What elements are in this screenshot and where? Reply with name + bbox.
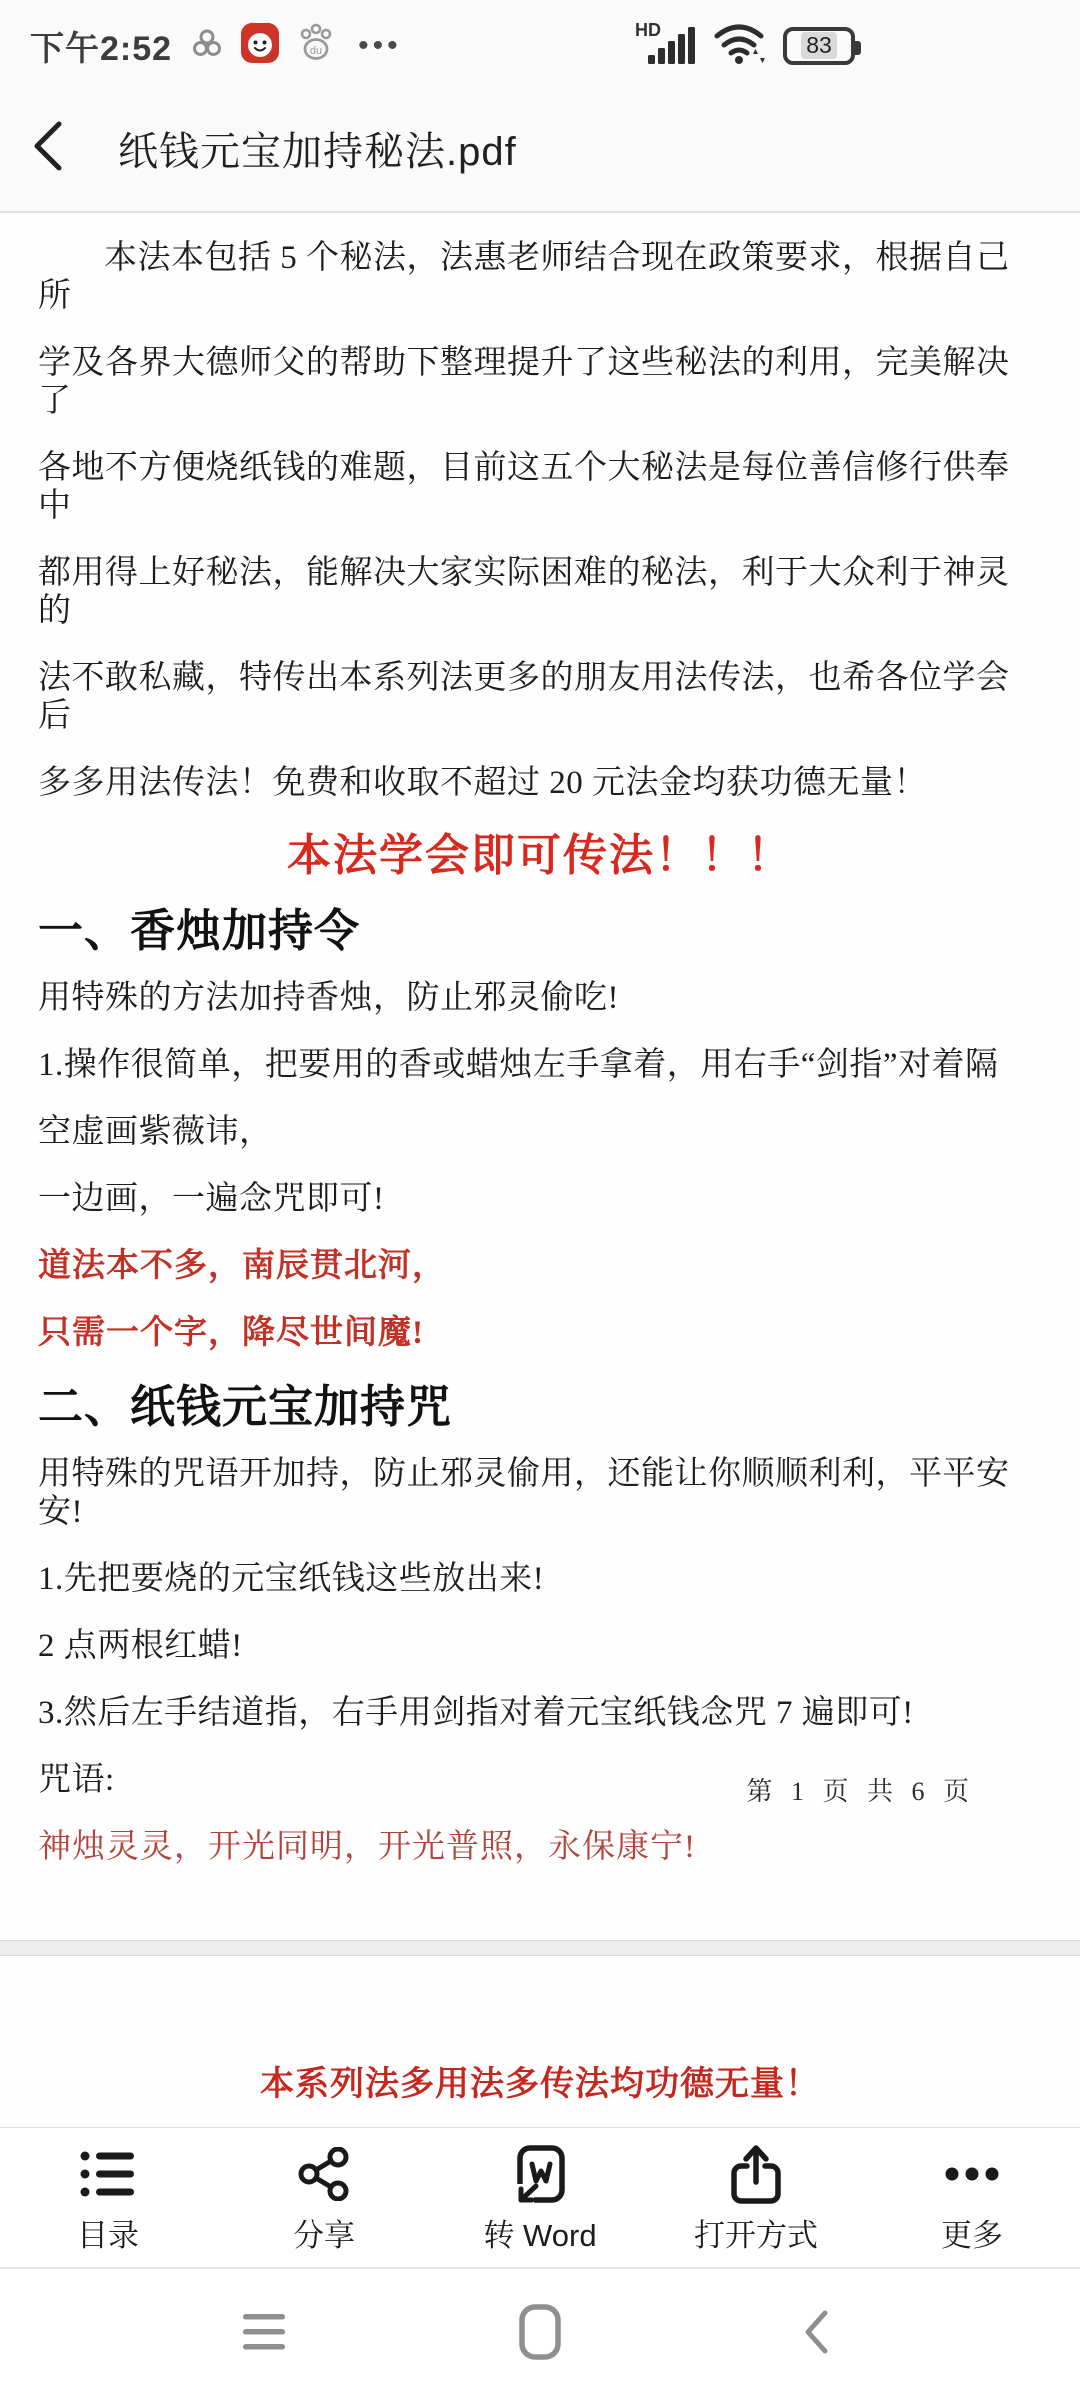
back-button[interactable] [30, 118, 90, 178]
doc-line: 2 点两根红蜡! [38, 1627, 1042, 1665]
doc-line: 一边画，一遍念咒即可! [38, 1180, 1042, 1218]
doc-line: 二、纸钱元宝加持咒 [38, 1381, 1042, 1433]
hd-label: HD [635, 20, 661, 40]
toc-list-icon [79, 2144, 137, 2204]
paw-icon: du [297, 22, 335, 69]
svg-text:du: du [310, 45, 322, 57]
status-bar: 下午2:52 du ••• HD [0, 0, 1080, 85]
doc-line: 用特殊的咒语开加持，防止邪灵偷用，还能让你顺顺利利，平平安安! [38, 1455, 1042, 1531]
toolbar-label: 转 Word [483, 2210, 596, 2255]
doc-line: 学及各界大德师父的帮助下整理提升了这些秘法的利用，完美解决了 [38, 344, 1042, 420]
doc-line: 一、香烛加持令 [38, 905, 1042, 957]
status-right-cluster: HD 83 [635, 19, 1050, 72]
battery-nub [855, 41, 861, 55]
page-gap-divider [0, 1940, 1080, 1956]
red-mascot-icon [238, 20, 282, 71]
doc-line: 3.然后左手结道指，右手用剑指对着元宝纸钱念咒 7 遍即可! [38, 1694, 1042, 1732]
doc-line: 空虚画紫薇讳， [38, 1113, 1042, 1151]
doc-line: 本法本包括 5 个秘法，法惠老师结合现在政策要求，根据自己所 [38, 239, 1042, 315]
page1-text-block: 本法本包括 5 个秘法，法惠老师结合现在政策要求，根据自己所学及各界大德师父的帮… [38, 239, 1042, 1866]
doc-line: 只需一个字，降尽世间魔! [38, 1314, 1042, 1352]
doc-line: 法不敢私藏，特传出本系列法更多的朋友用法传法，也希各位学会后 [38, 659, 1042, 735]
pdf-page-1: 本法本包括 5 个秘法，法惠老师结合现在政策要求，根据自己所学及各界大德师父的帮… [0, 213, 1080, 1940]
doc-line: 1.先把要烧的元宝纸钱这些放出来! [38, 1560, 1042, 1598]
recents-icon [241, 2311, 287, 2358]
home-icon [518, 2303, 562, 2366]
share-icon [298, 2144, 350, 2204]
toolbar-label: 目录 [77, 2210, 139, 2255]
status-left-cluster: 下午2:52 du ••• [30, 20, 402, 71]
app-header: 纸钱元宝加持秘法.pdf [0, 85, 1080, 213]
nav-home-button[interactable] [510, 2305, 570, 2365]
toolbar-label: 打开方式 [694, 2210, 818, 2255]
nav-back-button[interactable] [786, 2305, 846, 2365]
triple-ring-icon [191, 28, 223, 63]
toolbar-item-more[interactable]: 更多 [864, 2128, 1080, 2267]
open-with-icon [729, 2144, 783, 2204]
document-title: 纸钱元宝加持秘法.pdf [118, 120, 517, 177]
nav-recents-button[interactable] [234, 2305, 294, 2365]
doc-line: 1.操作很简单，把要用的香或蜡烛左手拿着，用右手“剑指”对着隔 [38, 1046, 1042, 1084]
nav-back-chevron-icon [803, 2309, 829, 2360]
wifi-icon [713, 20, 769, 71]
pdf-page-2: 本系列法多用法多传法均功德无量！ [0, 1956, 1080, 2127]
doc-line: 用特殊的方法加持香烛，防止邪灵偷吃! [38, 979, 1042, 1017]
doc-line: 道法本不多，南辰贯北河， [38, 1247, 1042, 1285]
more-notifications-icon: ••• [358, 29, 402, 63]
page-number-footer: 第 1 页 共 6 页 [746, 1771, 975, 1808]
phone-screen: 下午2:52 du ••• HD [0, 0, 1080, 2400]
cell-signal-icon: HD [635, 19, 699, 72]
doc-line: 本法学会即可传法！！！ [38, 831, 1042, 881]
toolbar-item-share[interactable]: 分享 [216, 2128, 432, 2267]
doc-line: 都用得上好秘法，能解决大家实际困难的秘法，利于大众利于神灵的 [38, 554, 1042, 630]
battery-icon: 83 [783, 27, 855, 65]
system-nav-bar [0, 2269, 1080, 2400]
bottom-toolbar: 目录 分享 [0, 2127, 1080, 2269]
toolbar-item-open-with[interactable]: 打开方式 [648, 2128, 864, 2267]
back-chevron-icon [30, 119, 66, 178]
toolbar-item-toc[interactable]: 目录 [0, 2128, 216, 2267]
more-icon [944, 2144, 1000, 2204]
doc-line: 各地不方便烧纸钱的难题，目前这五个大秘法是每位善信修行供奉中 [38, 449, 1042, 525]
clock: 下午2:52 [30, 21, 172, 70]
toolbar-label: 分享 [293, 2210, 355, 2255]
battery-percent: 83 [801, 32, 837, 59]
doc-line: 神烛灵灵，开光同明，开光普照，永保康宁! [38, 1828, 1042, 1866]
doc-line: 多多用法传法！免费和收取不超过 20 元法金均获功德无量！ [38, 764, 1042, 802]
red-banner-text: 本系列法多用法多传法均功德无量！ [260, 2056, 820, 2127]
toolbar-label: 更多 [941, 2210, 1003, 2255]
word-convert-icon [512, 2144, 568, 2204]
toolbar-item-word[interactable]: 转 Word [432, 2128, 648, 2267]
